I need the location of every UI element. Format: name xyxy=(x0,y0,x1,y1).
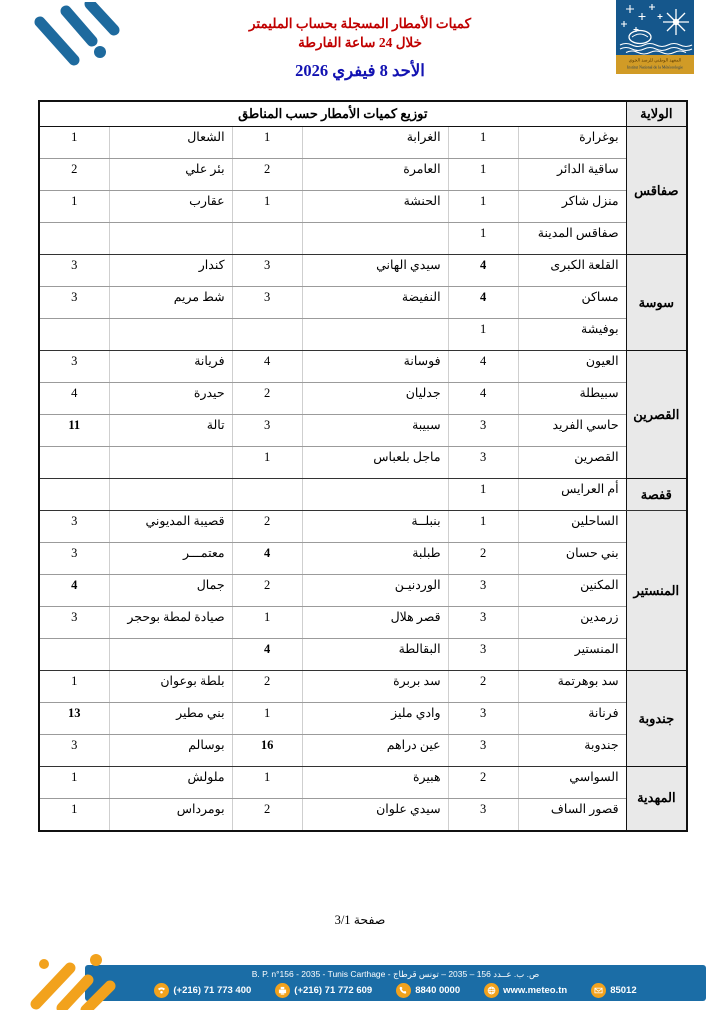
rainfall-value-cell: 3 xyxy=(39,351,109,383)
place-cell xyxy=(302,223,448,255)
governorate-cell: المنستير xyxy=(626,511,687,671)
rainfall-value-cell xyxy=(39,447,109,479)
place-cell: الحنشة xyxy=(302,191,448,223)
rainfall-value-cell: 2 xyxy=(232,575,302,607)
rainfall-value-cell: 3 xyxy=(39,255,109,287)
rainfall-value-cell: 1 xyxy=(448,223,518,255)
place-cell: قصيبة المديوني xyxy=(109,511,232,543)
place-cell: تالة xyxy=(109,415,232,447)
place-cell: أم العرايس xyxy=(518,479,626,511)
footer-contact: 85012 xyxy=(591,983,636,998)
place-cell: القلعة الكبرى xyxy=(518,255,626,287)
place-cell xyxy=(109,447,232,479)
place-cell: العيون xyxy=(518,351,626,383)
rainfall-value-cell: 11 xyxy=(39,415,109,447)
place-cell: جندوبة xyxy=(518,735,626,767)
governorate-cell: سوسة xyxy=(626,255,687,351)
document-date: الأحد 8 فيفري 2026 xyxy=(0,61,720,81)
document-header: كميات الأمطار المسجلة بحساب المليمتر خلا… xyxy=(0,14,720,81)
place-cell: الشعال xyxy=(109,127,232,159)
rainfall-value-cell: 2 xyxy=(448,767,518,799)
rainfall-value-cell: 3 xyxy=(232,415,302,447)
place-cell: فرنانة xyxy=(518,703,626,735)
globe-icon xyxy=(484,983,499,998)
rainfall-value-cell: 1 xyxy=(232,127,302,159)
footer-address-arabic: ص. ب. عــدد 156 – 2035 – تونس قرطاج xyxy=(393,969,539,979)
orange-streaks-icon xyxy=(26,946,130,1010)
governorate-cell: صفاقس xyxy=(626,127,687,255)
place-cell: بئر علي xyxy=(109,159,232,191)
place-cell: بني حسان xyxy=(518,543,626,575)
table-row: ساقية الدائر1العامرة2بئر علي2 xyxy=(39,159,687,191)
contact-value: 8840 0000 xyxy=(415,985,460,996)
place-cell: ساقية الدائر xyxy=(518,159,626,191)
document-title-line1: كميات الأمطار المسجلة بحساب المليمتر xyxy=(0,14,720,33)
contact-value: 85012 xyxy=(610,985,636,996)
table-row: المنستيرالساحلين1بنبلــة2قصيبة المديوني3 xyxy=(39,511,687,543)
rain-table-body: صفاقسبوغرارة1الغرابة1الشعال1ساقية الدائر… xyxy=(39,127,687,831)
table-row: سوسةالقلعة الكبرى4سيدي الهاني3كندار3 xyxy=(39,255,687,287)
table-row: قصور الساف3سيدي علوان2بومرداس1 xyxy=(39,799,687,831)
place-cell: جمال xyxy=(109,575,232,607)
fax-icon xyxy=(275,983,290,998)
footer-contacts: (+216) 71 773 400(+216) 71 772 6098840 0… xyxy=(85,983,706,998)
rainfall-value-cell: 4 xyxy=(448,287,518,319)
place-cell: فوسانة xyxy=(302,351,448,383)
footer-address: B. P. n°156 - 2035 - Tunis Carthage - ص.… xyxy=(85,965,706,980)
rainfall-value-cell: 3 xyxy=(448,735,518,767)
table-row: المهديةالسواسي2هبيرة1ملولش1 xyxy=(39,767,687,799)
table-row: صفاقس المدينة1 xyxy=(39,223,687,255)
rainfall-value-cell: 1 xyxy=(448,127,518,159)
rainfall-value-cell: 1 xyxy=(448,159,518,191)
handset-icon xyxy=(396,983,411,998)
rainfall-value-cell: 3 xyxy=(39,511,109,543)
rainfall-value-cell: 1 xyxy=(39,799,109,831)
table-row: جندوبةسد بوهرتمة2سد بربرة2بلطة بوعوان1 xyxy=(39,671,687,703)
rainfall-value-cell: 4 xyxy=(39,383,109,415)
rainfall-value-cell: 2 xyxy=(232,511,302,543)
table-row: بوفيشة1 xyxy=(39,319,687,351)
table-row: المكنين3الوردنيـن2جمال4 xyxy=(39,575,687,607)
rainfall-value-cell: 4 xyxy=(232,351,302,383)
place-cell: قصور الساف xyxy=(518,799,626,831)
table-row: سبيطلة4جدليان2حيدرة4 xyxy=(39,383,687,415)
rainfall-value-cell: 3 xyxy=(448,575,518,607)
place-cell xyxy=(109,479,232,511)
place-cell: حاسي الفريد xyxy=(518,415,626,447)
rainfall-value-cell: 2 xyxy=(448,671,518,703)
rainfall-value-cell: 3 xyxy=(448,703,518,735)
place-cell: السواسي xyxy=(518,767,626,799)
table-row: صفاقسبوغرارة1الغرابة1الشعال1 xyxy=(39,127,687,159)
table-row: بني حسان2طبلبة4معتمـــر3 xyxy=(39,543,687,575)
rainfall-value-cell: 1 xyxy=(448,479,518,511)
rainfall-value-cell xyxy=(232,223,302,255)
rainfall-value-cell: 1 xyxy=(39,191,109,223)
place-cell: منزل شاكر xyxy=(518,191,626,223)
footer-streaks-logo xyxy=(26,946,130,1010)
governorate-cell: جندوبة xyxy=(626,671,687,767)
rainfall-value-cell: 3 xyxy=(448,415,518,447)
rainfall-value-cell: 1 xyxy=(448,191,518,223)
rainfall-value-cell: 13 xyxy=(39,703,109,735)
place-cell xyxy=(302,319,448,351)
place-cell: الوردنيـن xyxy=(302,575,448,607)
rainfall-value-cell xyxy=(39,319,109,351)
place-cell: سبيطلة xyxy=(518,383,626,415)
rainfall-value-cell: 3 xyxy=(448,799,518,831)
governorate-cell: المهدية xyxy=(626,767,687,831)
place-cell: سيدي علوان xyxy=(302,799,448,831)
rainfall-value-cell: 4 xyxy=(39,575,109,607)
governorate-column-header: الولاية xyxy=(626,101,687,127)
rainfall-value-cell: 1 xyxy=(448,511,518,543)
place-cell xyxy=(109,639,232,671)
place-cell: مساكن xyxy=(518,287,626,319)
contact-value: (+216) 71 773 400 xyxy=(173,985,251,996)
place-cell: عين دراهم xyxy=(302,735,448,767)
place-cell: البقالطة xyxy=(302,639,448,671)
footer-contact: (+216) 71 772 609 xyxy=(275,983,372,998)
rainfall-value-cell xyxy=(39,223,109,255)
table-row: منزل شاكر1الحنشة1عقارب1 xyxy=(39,191,687,223)
rainfall-value-cell: 1 xyxy=(39,671,109,703)
rainfall-value-cell: 1 xyxy=(232,767,302,799)
rainfall-table: الولاية توزيع كميات الأمطار حسب المناطق … xyxy=(38,100,688,832)
rainfall-value-cell: 16 xyxy=(232,735,302,767)
place-cell: بلطة بوعوان xyxy=(109,671,232,703)
footer-contact: www.meteo.tn xyxy=(484,983,567,998)
place-cell: سد بوهرتمة xyxy=(518,671,626,703)
table-row: حاسي الفريد3سبيبة3تالة11 xyxy=(39,415,687,447)
place-cell: المكنين xyxy=(518,575,626,607)
place-cell: حيدرة xyxy=(109,383,232,415)
rainfall-value-cell: 3 xyxy=(39,735,109,767)
phone-icon xyxy=(154,983,169,998)
place-cell: بنبلــة xyxy=(302,511,448,543)
rainfall-value-cell: 3 xyxy=(39,607,109,639)
rainfall-value-cell xyxy=(232,319,302,351)
table-row: القصرين3ماجل بلعباس1 xyxy=(39,447,687,479)
rainfall-value-cell: 3 xyxy=(448,607,518,639)
rainfall-value-cell: 1 xyxy=(232,607,302,639)
governorate-cell: قفصة xyxy=(626,479,687,511)
place-cell xyxy=(109,319,232,351)
place-cell xyxy=(302,479,448,511)
rainfall-value-cell: 1 xyxy=(232,191,302,223)
rainfall-value-cell: 1 xyxy=(39,127,109,159)
place-cell: القصرين xyxy=(518,447,626,479)
rainfall-value-cell: 2 xyxy=(39,159,109,191)
rainfall-value-cell: 3 xyxy=(39,543,109,575)
contact-value: (+216) 71 772 609 xyxy=(294,985,372,996)
place-cell: سيدي الهاني xyxy=(302,255,448,287)
place-cell: ملولش xyxy=(109,767,232,799)
distribution-column-header: توزيع كميات الأمطار حسب المناطق xyxy=(39,101,626,127)
footer-contact: 8840 0000 xyxy=(396,983,460,998)
rainfall-value-cell: 4 xyxy=(232,639,302,671)
footer-bar: B. P. n°156 - 2035 - Tunis Carthage - ص.… xyxy=(85,965,706,1001)
place-cell: بوغرارة xyxy=(518,127,626,159)
table-row: فرنانة3وادي مليز1بني مطير13 xyxy=(39,703,687,735)
document-title-line2: خلال 24 ساعة الفارطة xyxy=(0,33,720,52)
footer-contact: (+216) 71 773 400 xyxy=(154,983,251,998)
place-cell: وادي مليز xyxy=(302,703,448,735)
table-row: القصرينالعيون4فوسانة4فريانة3 xyxy=(39,351,687,383)
place-cell: الساحلين xyxy=(518,511,626,543)
place-cell: طبلبة xyxy=(302,543,448,575)
rainfall-value-cell: 1 xyxy=(232,447,302,479)
rainfall-value-cell: 3 xyxy=(39,287,109,319)
place-cell: عقارب xyxy=(109,191,232,223)
place-cell: العامرة xyxy=(302,159,448,191)
footer-address-latin: B. P. n°156 - 2035 - Tunis Carthage - xyxy=(252,969,391,979)
rainfall-value-cell: 3 xyxy=(448,447,518,479)
table-row: المنستير3البقالطة4 xyxy=(39,639,687,671)
place-cell: بوفيشة xyxy=(518,319,626,351)
place-cell: هبيرة xyxy=(302,767,448,799)
rainfall-value-cell: 1 xyxy=(39,767,109,799)
table-row: مساكن4النفيضة3شط مريم3 xyxy=(39,287,687,319)
table-row: جندوبة3عين دراهم16بوسالم3 xyxy=(39,735,687,767)
table-row: زرمدين3قصر هلال1صيادة لمطة بوحجر3 xyxy=(39,607,687,639)
place-cell: النفيضة xyxy=(302,287,448,319)
place-cell: بومرداس xyxy=(109,799,232,831)
rainfall-value-cell: 1 xyxy=(448,319,518,351)
place-cell: المنستير xyxy=(518,639,626,671)
inm-emblem-logo: المعهد الوطني للرصد الجوي Institut Natio… xyxy=(616,0,694,74)
rainfall-value-cell xyxy=(39,479,109,511)
place-cell: شط مريم xyxy=(109,287,232,319)
rainfall-value-cell: 3 xyxy=(232,287,302,319)
rainfall-value-cell: 4 xyxy=(448,351,518,383)
contact-value[interactable]: www.meteo.tn xyxy=(503,985,567,996)
rainfall-value-cell xyxy=(232,479,302,511)
place-cell: كندار xyxy=(109,255,232,287)
place-cell: قصر هلال xyxy=(302,607,448,639)
postal-icon xyxy=(591,983,606,998)
place-cell: سد بربرة xyxy=(302,671,448,703)
meteorology-emblem-icon: المعهد الوطني للرصد الجوي Institut Natio… xyxy=(616,0,694,74)
place-cell: صيادة لمطة بوحجر xyxy=(109,607,232,639)
table-header-row: الولاية توزيع كميات الأمطار حسب المناطق xyxy=(39,101,687,127)
page-number: صفحة 3/1 xyxy=(0,912,720,928)
rainfall-value-cell: 3 xyxy=(232,255,302,287)
emblem-name-french: Institut National de la Météorologie xyxy=(627,66,683,70)
place-cell: معتمـــر xyxy=(109,543,232,575)
place-cell: صفاقس المدينة xyxy=(518,223,626,255)
rainfall-value-cell: 2 xyxy=(448,543,518,575)
rainfall-value-cell xyxy=(39,639,109,671)
rainfall-value-cell: 2 xyxy=(232,671,302,703)
place-cell: زرمدين xyxy=(518,607,626,639)
governorate-cell: القصرين xyxy=(626,351,687,479)
rainfall-value-cell: 4 xyxy=(232,543,302,575)
rainfall-value-cell: 4 xyxy=(448,255,518,287)
rainfall-value-cell: 1 xyxy=(232,703,302,735)
place-cell: الغرابة xyxy=(302,127,448,159)
rainfall-value-cell: 2 xyxy=(232,383,302,415)
place-cell: جدليان xyxy=(302,383,448,415)
rainfall-value-cell: 4 xyxy=(448,383,518,415)
place-cell xyxy=(109,223,232,255)
place-cell: سبيبة xyxy=(302,415,448,447)
place-cell: ماجل بلعباس xyxy=(302,447,448,479)
rainfall-value-cell: 3 xyxy=(448,639,518,671)
place-cell: بوسالم xyxy=(109,735,232,767)
place-cell: بني مطير xyxy=(109,703,232,735)
rainfall-value-cell: 2 xyxy=(232,799,302,831)
table-row: قفصةأم العرايس1 xyxy=(39,479,687,511)
place-cell: فريانة xyxy=(109,351,232,383)
rainfall-value-cell: 2 xyxy=(232,159,302,191)
